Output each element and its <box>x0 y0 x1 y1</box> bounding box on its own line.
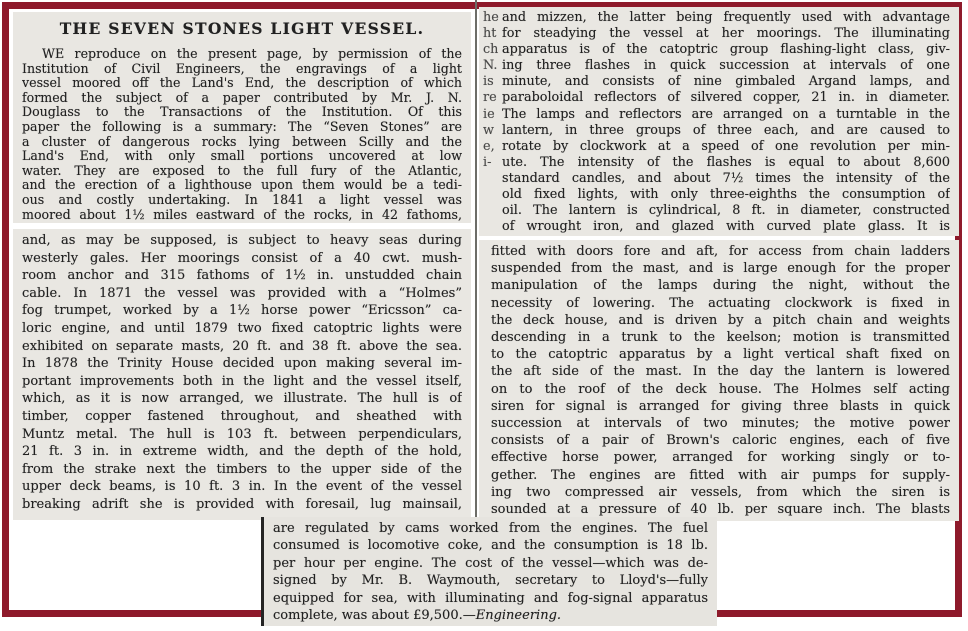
text-line: and the erection of a lighthouse upon th… <box>22 178 462 193</box>
text-line: Land's End, with only small portions unc… <box>22 149 462 164</box>
text-line: ie <box>483 107 499 123</box>
text-line: oil. The lantern is cylindrical, 8 ft. i… <box>502 203 950 219</box>
text-line: lantern, in three groups of three each, … <box>502 123 950 139</box>
text-line: room anchor and 315 fathoms of 1½ in. un… <box>22 267 462 285</box>
text-line: ute. The intensity of the flashes is equ… <box>502 155 950 171</box>
text-line: Douglass to the Transactions of the Inst… <box>22 105 462 120</box>
text-line: consists of a pair of Brown's caloric en… <box>491 432 950 449</box>
text-line: In 1878 the Trinity House decided upon m… <box>22 355 462 373</box>
text-line: cable. In 1871 the vessel was provided w… <box>22 285 462 303</box>
text-line: apparatus is of the catoptric group flas… <box>502 42 950 58</box>
text-line: a cluster of dangerous rocks lying betwe… <box>22 135 462 150</box>
text-line: succession at intervals of two minutes; … <box>491 415 950 432</box>
text-line: minute, and consists of nine gimbaled Ar… <box>502 74 950 90</box>
text-line: ch <box>483 42 499 58</box>
text-line: westerly gales. Her moorings consist of … <box>22 250 462 268</box>
text-line: 21 ft. 3 in. in extreme width, and the d… <box>22 443 462 461</box>
text-line: re <box>483 90 499 106</box>
article-fragment-footer: are regulated by cams worked from the en… <box>261 517 717 626</box>
text-line: ing two compressed air vessels, from whi… <box>491 484 950 501</box>
text-line: effective horse power, arranged for work… <box>491 449 950 466</box>
text-line: per hour per engine. The cost of the ves… <box>273 555 708 572</box>
footer-last-line: complete, was about £9,500.—Engineering. <box>273 607 708 624</box>
article-fragment-right-top: hehtchN.isreiewe,i- and mizzen, the latt… <box>479 7 959 236</box>
text-line: sounded at a pressure of 40 lb. per squa… <box>491 501 950 518</box>
text-line: from the strake next the timbers to the … <box>22 461 462 479</box>
text-line: ing three flashes in quick succession at… <box>502 58 950 74</box>
text-line: old fixed lights, with only three-eighth… <box>502 187 950 203</box>
text-line: standard candles, and about 7½ times the… <box>502 171 950 187</box>
text-line: fitted with doors fore and aft, for acce… <box>491 243 950 260</box>
text-line: descending in a trunk to the keelson; mo… <box>491 329 950 346</box>
text-line: he <box>483 10 499 26</box>
text-line: exhibited on separate masts, 20 ft. and … <box>22 338 462 356</box>
article-title: THE SEVEN STONES LIGHT VESSEL. <box>22 15 462 47</box>
text-line: consumed is locomotive coke, and the con… <box>273 537 708 554</box>
article-fragment-left-bottom: and, as may be supposed, is subject to h… <box>13 229 471 520</box>
text-line: siren for signal is arranged for giving … <box>491 398 950 415</box>
text-line: ht <box>483 26 499 42</box>
text-line: ous and costly undertaking. In 1841 a li… <box>22 193 462 208</box>
text-line: i- <box>483 155 499 171</box>
text-line: manipulation of the lamps during the nig… <box>491 277 950 294</box>
text-line: which, as it is now arranged, we illustr… <box>22 390 462 408</box>
text-line: paraboloidal reflectors of silvered copp… <box>502 90 950 106</box>
article-fragment-left-top: THE SEVEN STONES LIGHT VESSEL. WE reprod… <box>13 12 471 223</box>
text-line: on to the roof of the deck house. The Ho… <box>491 381 950 398</box>
text-line: the deck house, and is driven by a pitch… <box>491 312 950 329</box>
text-line: upper deck beams, is 10 ft. 3 in. In the… <box>22 478 462 496</box>
text-line: is <box>483 74 499 90</box>
text-line: w <box>483 123 499 139</box>
text-line: formed the subject of a paper contribute… <box>22 91 462 106</box>
text-line: for steadying the vessel at her moorings… <box>502 26 950 42</box>
text-line: suspended from the mast, and is large en… <box>491 260 950 277</box>
text-line: WE reproduce on the present page, by per… <box>22 47 462 62</box>
text-line: breaking adrift she is provided with for… <box>22 496 462 514</box>
text-line: equipped for sea, with illuminating and … <box>273 590 708 607</box>
right-bottom-paragraph: fitted with doors fore and aft, for acce… <box>491 243 950 518</box>
text-line: gether. The engines are fitted with air … <box>491 467 950 484</box>
text-line: rotate by clockwork at a speed of one re… <box>502 139 950 155</box>
text-line: e, <box>483 139 499 155</box>
text-line: portant improvements both in the light a… <box>22 373 462 391</box>
text-line: Muntz metal. The hull is 103 ft. between… <box>22 426 462 444</box>
column-divider-rule <box>475 0 477 520</box>
text-line: N. <box>483 58 499 74</box>
text-line: and, as may be supposed, is subject to h… <box>22 232 462 250</box>
text-line: loric engine, and until 1879 two fixed c… <box>22 320 462 338</box>
footer-last-line-text: complete, was about £9,500.— <box>273 608 476 623</box>
text-line: vessel moored off the Land's End, the de… <box>22 76 462 91</box>
text-line: of wrought iron, and glazed with curved … <box>502 219 950 235</box>
publication-signature: Engineering. <box>476 608 561 623</box>
text-line: necessity of lowering. The actuating clo… <box>491 295 950 312</box>
text-line: signed by Mr. B. Waymouth, secretary to … <box>273 572 708 589</box>
left-top-paragraph: WE reproduce on the present page, by per… <box>22 47 462 222</box>
text-line: Institution of Civil Engineers, the engr… <box>22 62 462 77</box>
scan-edge-artifacts: hehtchN.isreiewe,i- <box>483 10 502 232</box>
text-line: water. They are exposed to the full fury… <box>22 164 462 179</box>
scanned-article-page: THE SEVEN STONES LIGHT VESSEL. WE reprod… <box>0 0 968 631</box>
text-line: moored about 1½ miles eastward of the ro… <box>22 208 462 223</box>
text-line: and mizzen, the latter being frequently … <box>502 10 950 26</box>
right-top-paragraph: and mizzen, the latter being frequently … <box>502 10 950 232</box>
text-line: paper the following is a summary: The “S… <box>22 120 462 135</box>
left-bottom-paragraph: and, as may be supposed, is subject to h… <box>22 232 462 514</box>
footer-paragraph: are regulated by cams worked from the en… <box>273 520 708 607</box>
text-line: timber, copper fastened throughout, and … <box>22 408 462 426</box>
text-line: fog trumpet, worked by a 1½ horse power … <box>22 302 462 320</box>
text-line: to the catoptric apparatus by a light ve… <box>491 346 950 363</box>
text-line: the aft side of the mast. In the day the… <box>491 363 950 380</box>
article-fragment-right-bottom: fitted with doors fore and aft, for acce… <box>479 240 959 521</box>
text-line: are regulated by cams worked from the en… <box>273 520 708 537</box>
text-line: The lamps and reflectors are arranged on… <box>502 107 950 123</box>
